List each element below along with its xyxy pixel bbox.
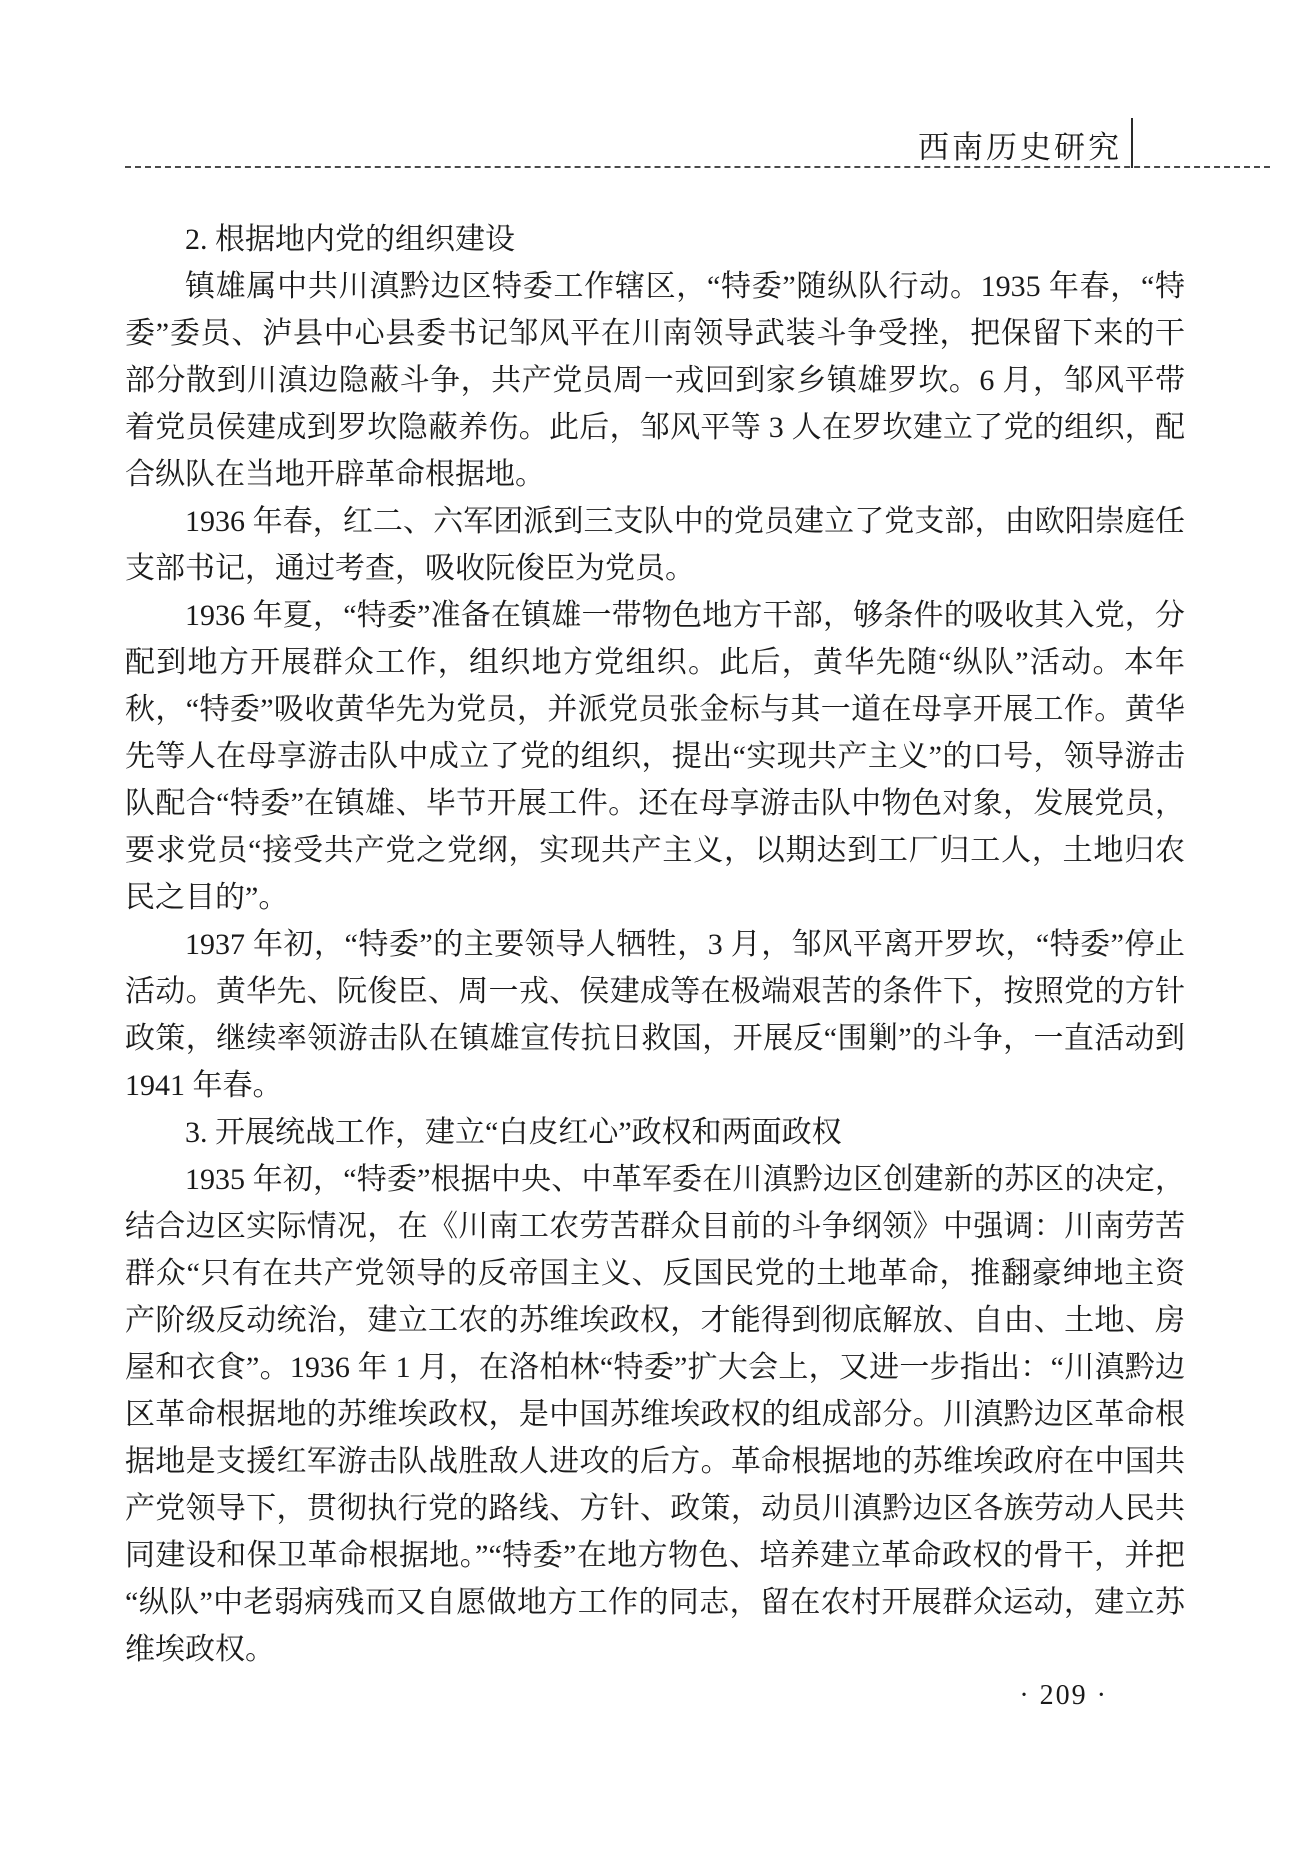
page-number: · 209 · — [125, 1680, 1108, 1712]
page-body: 2. 根据地内党的组织建设 镇雄属中共川滇黔边区特委工作辖区，“特委”随纵队行动… — [125, 216, 1185, 1673]
section-heading-3: 3. 开展统战工作，建立“白皮红心”政权和两面政权 — [125, 1109, 1185, 1156]
paragraph: 1937 年初，“特委”的主要领导人牺牲，3 月，邹风平离开罗坎，“特委”停止活… — [125, 921, 1185, 1109]
running-header-journal-title: 西南历史研究 — [0, 122, 1122, 167]
paragraph: 镇雄属中共川滇黔边区特委工作辖区，“特委”随纵队行动。1935 年春，“特委”委… — [125, 263, 1185, 498]
paragraph: 1936 年夏，“特委”准备在镇雄一带物色地方干部，够条件的吸收其入党，分配到地… — [125, 592, 1185, 921]
paragraph: 1935 年初，“特委”根据中央、中革军委在川滇黔边区创建新的苏区的决定，结合边… — [125, 1156, 1185, 1673]
header-vertical-bar — [1131, 118, 1133, 168]
header-dashed-rule — [125, 166, 1270, 168]
paragraph: 1936 年春，红二、六军团派到三支队中的党员建立了党支部，由欧阳崇庭任支部书记… — [125, 498, 1185, 592]
section-heading-2: 2. 根据地内党的组织建设 — [125, 216, 1185, 263]
document-page: { "header": { "journal_title": "西南历史研究" … — [0, 0, 1307, 1859]
